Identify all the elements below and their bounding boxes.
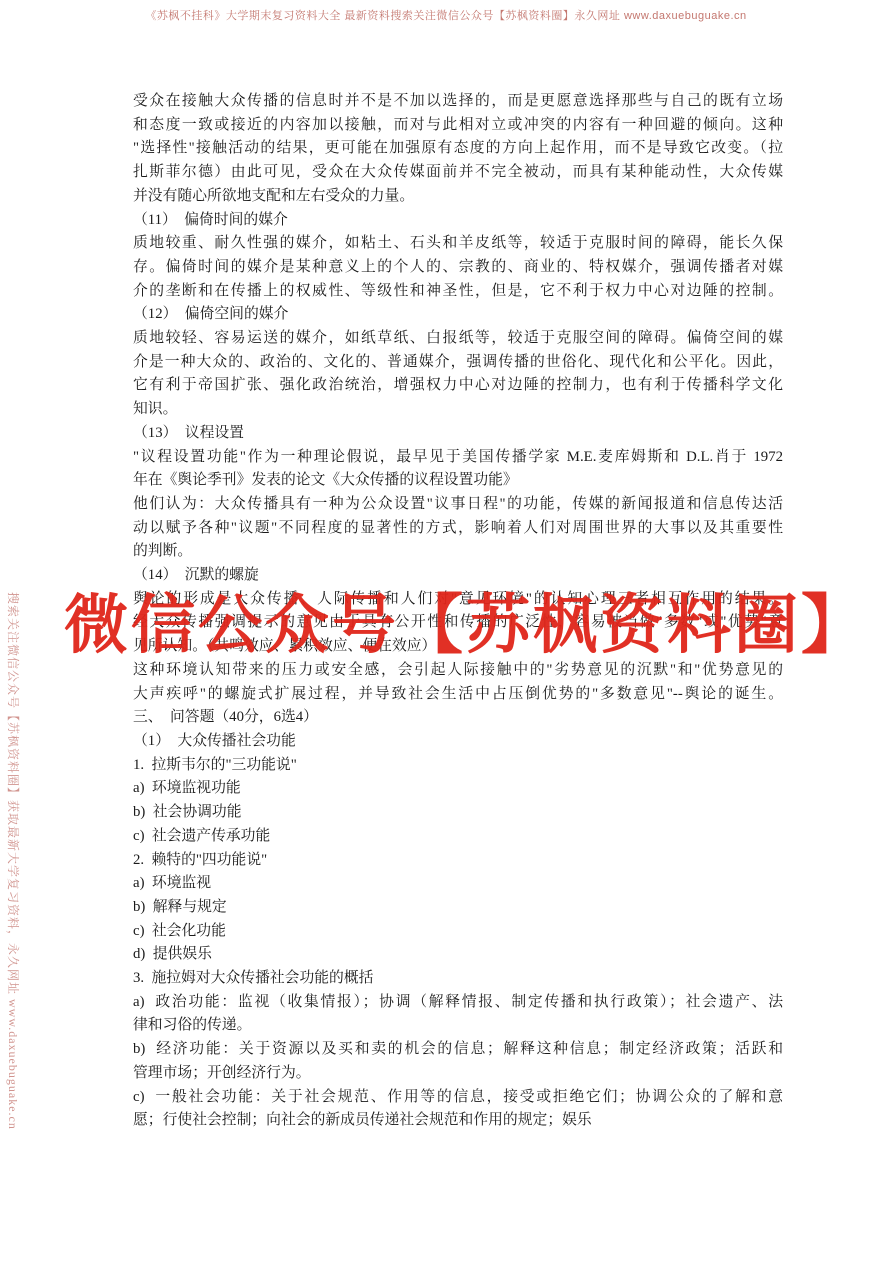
text-line: 三、 问答题（40分，6选4）: [133, 706, 783, 730]
text-line: 3. 施拉姆对大众传播社会功能的概括: [133, 967, 783, 991]
text-line: 1. 拉斯韦尔的"三功能说": [133, 754, 783, 778]
text-line: 大声疾呼"的螺旋式扩展过程，并导致社会生活中占压倒优势的"多数意见"--舆论的诞…: [133, 683, 783, 707]
text-line: 动以赋予各种"议题"不同程度的显著性的方式，影响着人们对周围世界的大事以及其重要…: [133, 517, 783, 541]
text-line: a) 政治功能：监视（收集情报）；协调（解释情报、制定传播和执行政策）；社会遗产…: [133, 991, 783, 1015]
text-line: 年在《舆论季刊》发表的论文《大众传播的议程设置功能》: [133, 469, 783, 493]
text-line: d) 提供娱乐: [133, 943, 783, 967]
text-line: 和态度一致或接近的内容加以接触，而对与此相对立或冲突的内容有一种回避的倾向。这种: [133, 114, 783, 138]
text-line: 经大众传播强调提示的意见由于具有公开性和传播的广泛性，容易被当做"多数"或"优势…: [133, 611, 783, 635]
text-line: 舆论的形成是大众传播、人际传播和人们对"意见环境"的认知心理三者相互作用的结果。: [133, 588, 783, 612]
text-line: 愿；行使社会控制；向社会的新成员传递社会规范和作用的规定；娱乐: [133, 1109, 783, 1133]
text-line: （1） 大众传播社会功能: [133, 730, 783, 754]
text-line: 这种环境认知带来的压力或安全感，会引起人际接触中的"劣势意见的沉默"和"优势意见…: [133, 659, 783, 683]
text-line: b) 社会协调功能: [133, 801, 783, 825]
text-line: 介是一种大众的、政治的、文化的、普通媒介，强调传播的世俗化、现代化和公平化。因此…: [133, 351, 783, 375]
text-line: 的判断。: [133, 540, 783, 564]
text-line: "议程设置功能"作为一种理论假说，最早见于美国传播学家 M.E.麦库姆斯和 D.…: [133, 446, 783, 470]
text-line: 见所认知。（共鸣效应、累积效应、便在效应）: [133, 635, 783, 659]
text-line: 介的垄断和在传播上的权威性、等级性和神圣性，但是，它不利于权力中心对边陲的控制。: [133, 280, 783, 304]
text-line: （14） 沉默的螺旋: [133, 564, 783, 588]
text-line: 存。偏倚时间的媒介是某种意义上的个人的、宗教的、商业的、特权媒介，强调传播者对媒: [133, 256, 783, 280]
document-body: 受众在接触大众传播的信息时并不是不加以选择的，而是更愿意选择那些与自己的既有立场…: [133, 90, 783, 1133]
text-line: c) 社会化功能: [133, 920, 783, 944]
text-line: c) 社会遗产传承功能: [133, 825, 783, 849]
text-line: b) 经济功能：关于资源以及买和卖的机会的信息；解释这种信息；制定经济政策；活跃…: [133, 1038, 783, 1062]
text-line: 他们认为：大众传播具有一种为公众设置"议事日程"的功能，传媒的新闻报道和信息传达…: [133, 493, 783, 517]
text-line: 2. 赖特的"四功能说": [133, 849, 783, 873]
text-line: 管理市场；开创经济行为。: [133, 1062, 783, 1086]
vertical-watermark: 搜索关注微信公众号【苏枫资料圈】获取最新大学复习资料，永久网址 www.daxu…: [5, 592, 22, 1052]
text-line: b) 解释与规定: [133, 896, 783, 920]
text-line: "选择性"接触活动的结果，更可能在加强原有态度的方向上起作用，而不是导致它改变。…: [133, 137, 783, 161]
text-line: 受众在接触大众传播的信息时并不是不加以选择的，而是更愿意选择那些与自己的既有立场: [133, 90, 783, 114]
text-line: 并没有随心所欲地支配和左右受众的力量。: [133, 185, 783, 209]
text-line: 质地较轻、容易运送的媒介，如纸草纸、白报纸等，较适于克服空间的障碍。偏倚空间的媒: [133, 327, 783, 351]
text-line: c) 一般社会功能：关于社会规范、作用等的信息，接受或拒绝它们；协调公众的了解和…: [133, 1086, 783, 1110]
text-line: （13） 议程设置: [133, 422, 783, 446]
text-line: 质地较重、耐久性强的媒介，如粘土、石头和羊皮纸等，较适于克服时间的障碍，能长久保: [133, 232, 783, 256]
text-line: 它有利于帝国扩张、强化政治统治，增强权力中心对边陲的控制力，也有利于传播科学文化: [133, 374, 783, 398]
document-page: 《苏枫不挂科》大学期末复习资料大全 最新资料搜索关注微信公众号【苏枫资料圈】永久…: [0, 0, 892, 1262]
text-line: （11） 偏倚时间的媒介: [133, 209, 783, 233]
text-line: a) 环境监视: [133, 872, 783, 896]
text-line: （12） 偏倚空间的媒介: [133, 303, 783, 327]
text-line: 扎斯菲尔德）由此可见，受众在大众传媒面前并不完全被动，而具有某种能动性，大众传媒: [133, 161, 783, 185]
text-line: 知识。: [133, 398, 783, 422]
text-line: a) 环境监视功能: [133, 777, 783, 801]
page-header-watermark: 《苏枫不挂科》大学期末复习资料大全 最新资料搜索关注微信公众号【苏枫资料圈】永久…: [0, 7, 892, 23]
text-line: 律和习俗的传递。: [133, 1014, 783, 1038]
